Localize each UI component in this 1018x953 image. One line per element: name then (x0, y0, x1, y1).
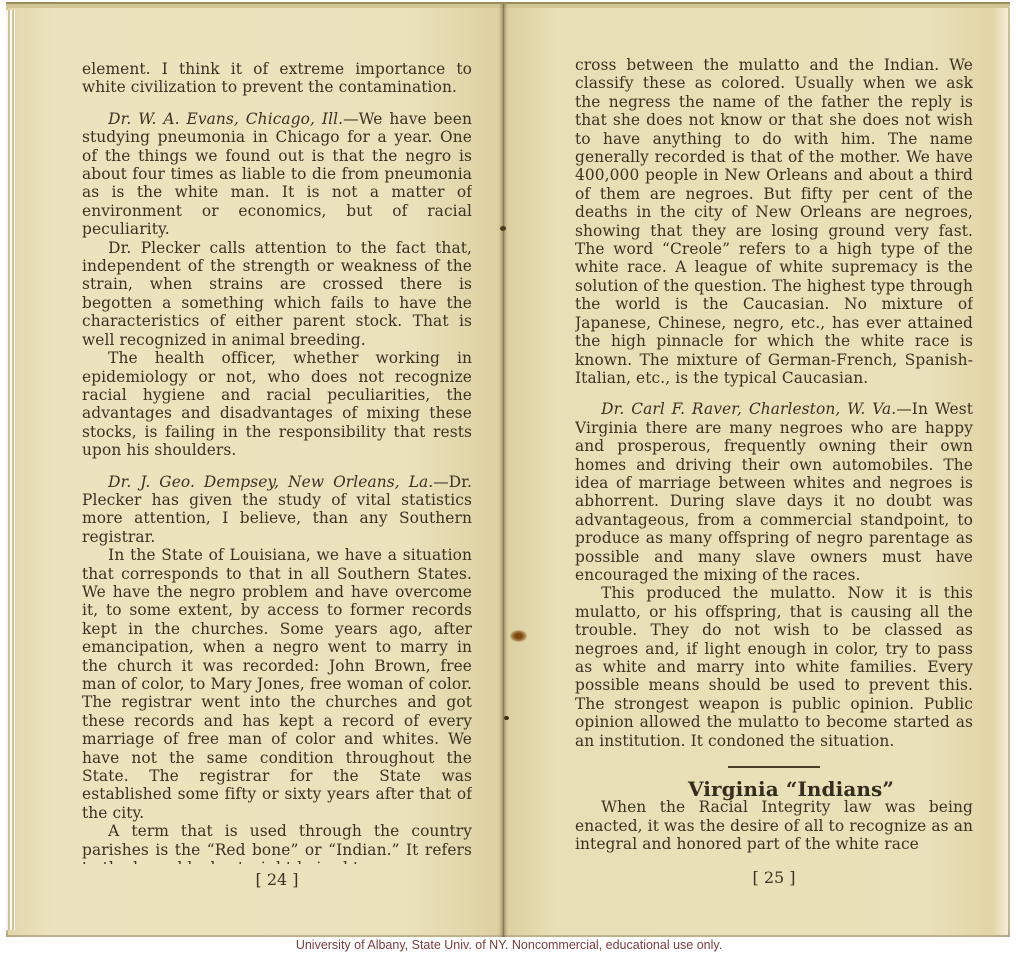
paragraph-text: —In West Virginia there are many negroes… (575, 400, 973, 584)
paragraph-text: Dr. Plecker calls attention to the fact … (82, 239, 472, 349)
speaker-lead: Dr. J. Geo. Dempsey, New Orleans, La. (108, 473, 433, 491)
section-heading: Virginia “Indians” (575, 780, 973, 798)
paragraph: Dr. Carl F. Raver, Charleston, W. Va.—In… (575, 400, 973, 584)
page-number-left: [ 24 ] (82, 870, 472, 889)
ink-speck (500, 226, 506, 231)
paragraph: The health officer, whether working in e… (82, 349, 472, 459)
paragraph: Dr. W. A. Evans, Chicago, Ill.—We have b… (82, 110, 472, 239)
paragraph: In the State of Louisiana, we have a sit… (82, 546, 472, 822)
paragraph-text: A term that is used through the country … (82, 822, 472, 864)
left-page-text-column: element. I think it of extreme importanc… (82, 60, 472, 864)
paragraph-text: cross between the mulatto and the Indian… (575, 56, 973, 387)
paragraph-text: This produced the mulatto. Now it is thi… (575, 584, 973, 749)
paragraph: A term that is used through the country … (82, 822, 472, 864)
page-number-right: [ 25 ] (579, 868, 969, 887)
right-page-text-column: cross between the mulatto and the Indian… (575, 56, 973, 864)
paragraph-text: The health officer, whether working in e… (82, 349, 472, 459)
book-scan: element. I think it of extreme importanc… (6, 2, 1010, 939)
page-stack-edge (6, 10, 15, 930)
book-gutter (499, 4, 508, 939)
paragraph: element. I think it of extreme importanc… (82, 60, 472, 97)
paragraph: cross between the mulatto and the Indian… (575, 56, 973, 387)
speaker-lead: Dr. Carl F. Raver, Charleston, W. Va. (601, 400, 896, 418)
paragraph-text: element. I think it of extreme importanc… (82, 60, 472, 96)
rust-spot (510, 630, 527, 642)
archive-caption: University of Albany, State Univ. of NY.… (0, 937, 1018, 953)
speaker-lead: Dr. W. A. Evans, Chicago, Ill. (108, 110, 343, 128)
section-divider (728, 766, 820, 768)
paragraph-text: When the Racial Integrity law was being … (575, 798, 973, 853)
paragraph: Dr. Plecker calls attention to the fact … (82, 239, 472, 349)
paragraph: This produced the mulatto. Now it is thi… (575, 584, 973, 750)
paragraph: When the Racial Integrity law was being … (575, 798, 973, 853)
paragraph: Dr. J. Geo. Dempsey, New Orleans, La.—Dr… (82, 473, 472, 547)
ink-speck (504, 716, 509, 720)
scanned-document-spread: element. I think it of extreme importanc… (0, 0, 1018, 953)
paragraph-text: In the State of Louisiana, we have a sit… (82, 546, 472, 822)
paragraph-text: —We have been studying pneumonia in Chic… (82, 110, 472, 238)
